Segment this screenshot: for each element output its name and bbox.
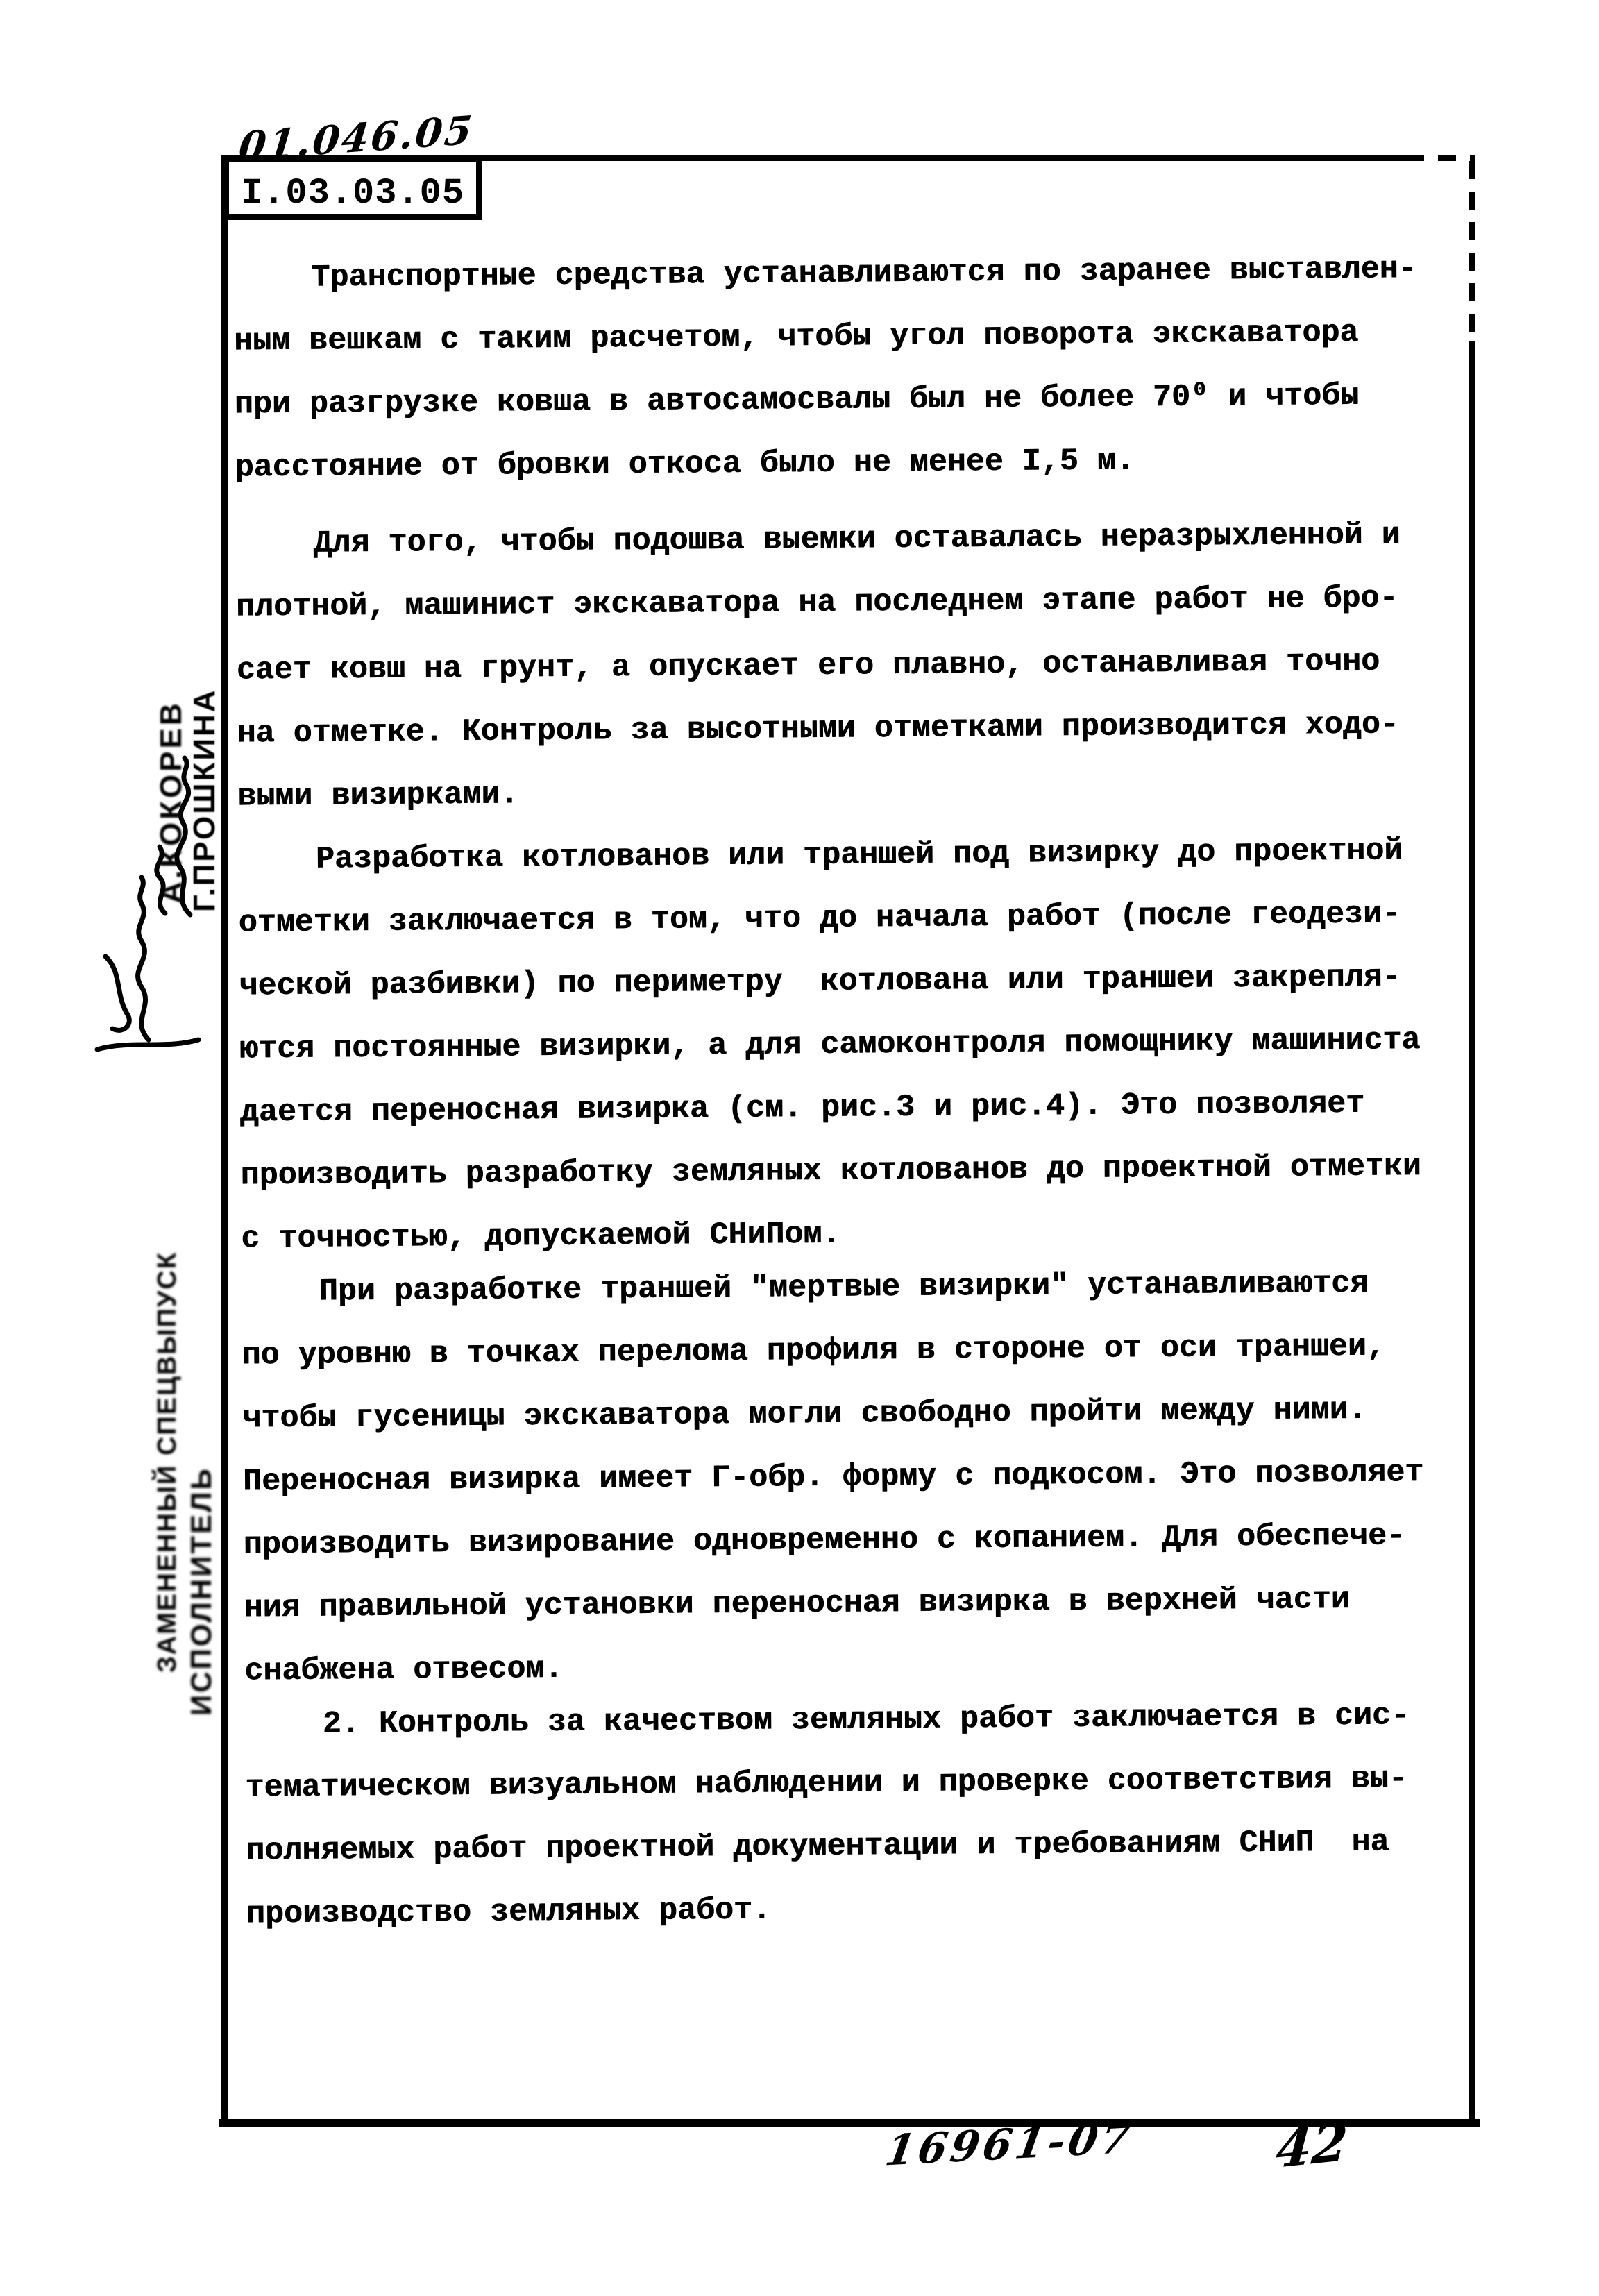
text-line: полняемых работ проектной документации и… [246,1809,1489,1882]
margin-stamp-line-2: ИСПОЛНИТЕЛЬ [185,1467,218,1716]
paragraph: Транспортные средства устанавливаются по… [233,237,1478,500]
text-line: ным вешкам с таким расчетом, чтобы угол … [234,301,1477,373]
text-line: расстояние от бровки откоса было не мене… [235,427,1478,500]
text-line: производство земляных работ. [246,1873,1489,1945]
text-line: чтобы гусеницы экскаватора могли свободн… [242,1377,1485,1450]
text-line: Транспортные средства устанавливаются по… [233,237,1476,310]
text-line: Переносная визирка имеет Г-обр. форму с … [243,1440,1486,1513]
paragraph: 2. Контроль за качеством земляных работ … [244,1683,1489,1945]
text-line: производить визирование одновременно с к… [243,1503,1486,1576]
margin-author-name-1: А.КОКОРЕВ [154,700,189,904]
text-line: плотной, машинист экскаватора на последн… [236,566,1479,639]
scanned-document-page: I.03.03.05 01.046.05 А.КОКОРЕВ Г.ПРОШКИН… [0,0,1599,2296]
text-line: сает ковш на грунт, а опускает его плавн… [236,630,1479,702]
margin-stamp-line-1: ЗАМЕНЕННЫЙ СПЕЦВЫПУСК [153,1251,183,1673]
text-line: на отметке. Контроль за высотными отметк… [237,693,1480,766]
text-line: выми визирками. [237,756,1480,829]
text-line: отметки заключается в том, что до начала… [238,882,1481,955]
text-line: производить разработку земляных котлован… [240,1135,1483,1208]
text-line: ния правильной установки переносная визи… [244,1567,1487,1639]
text-line: ются постоянные визирки, а для самоконтр… [239,1008,1482,1081]
text-line: 2. Контроль за качеством земляных работ … [244,1683,1487,1756]
text-line: Разработка котлованов или траншей под ви… [238,819,1481,892]
margin-author-name-2: Г.ПРОШКИНА [187,688,222,912]
text-line: по уровню в точках перелома профиля в ст… [242,1314,1484,1387]
signature-stroke-3 [138,877,149,1040]
paragraph: Для того, чтобы подошва выемки оставалас… [235,503,1480,829]
handwritten-page-number: 42 [1274,2112,1350,2180]
text-line: Для того, чтобы подошва выемки оставалас… [235,503,1478,576]
text-line: тематическом визуальном наблюдении и про… [245,1746,1488,1819]
paragraph: При разработке траншей "мертвые визирки"… [241,1251,1487,1703]
signature-stroke-4 [105,956,129,1030]
typewritten-text-block: Транспортные средства устанавливаются по… [231,0,1490,2084]
text-line: При разработке траншей "мертвые визирки"… [241,1251,1484,1324]
frame-left-line [221,155,228,2126]
text-line: дается переносная визирка (см. рис.3 и р… [239,1072,1482,1145]
paragraph: Разработка котлованов или траншей под ви… [238,819,1484,1271]
text-line: ческой разбивки) по периметру котлована … [239,945,1482,1018]
text-line: при разгрузке ковша в автосамосвалы был … [234,364,1477,437]
